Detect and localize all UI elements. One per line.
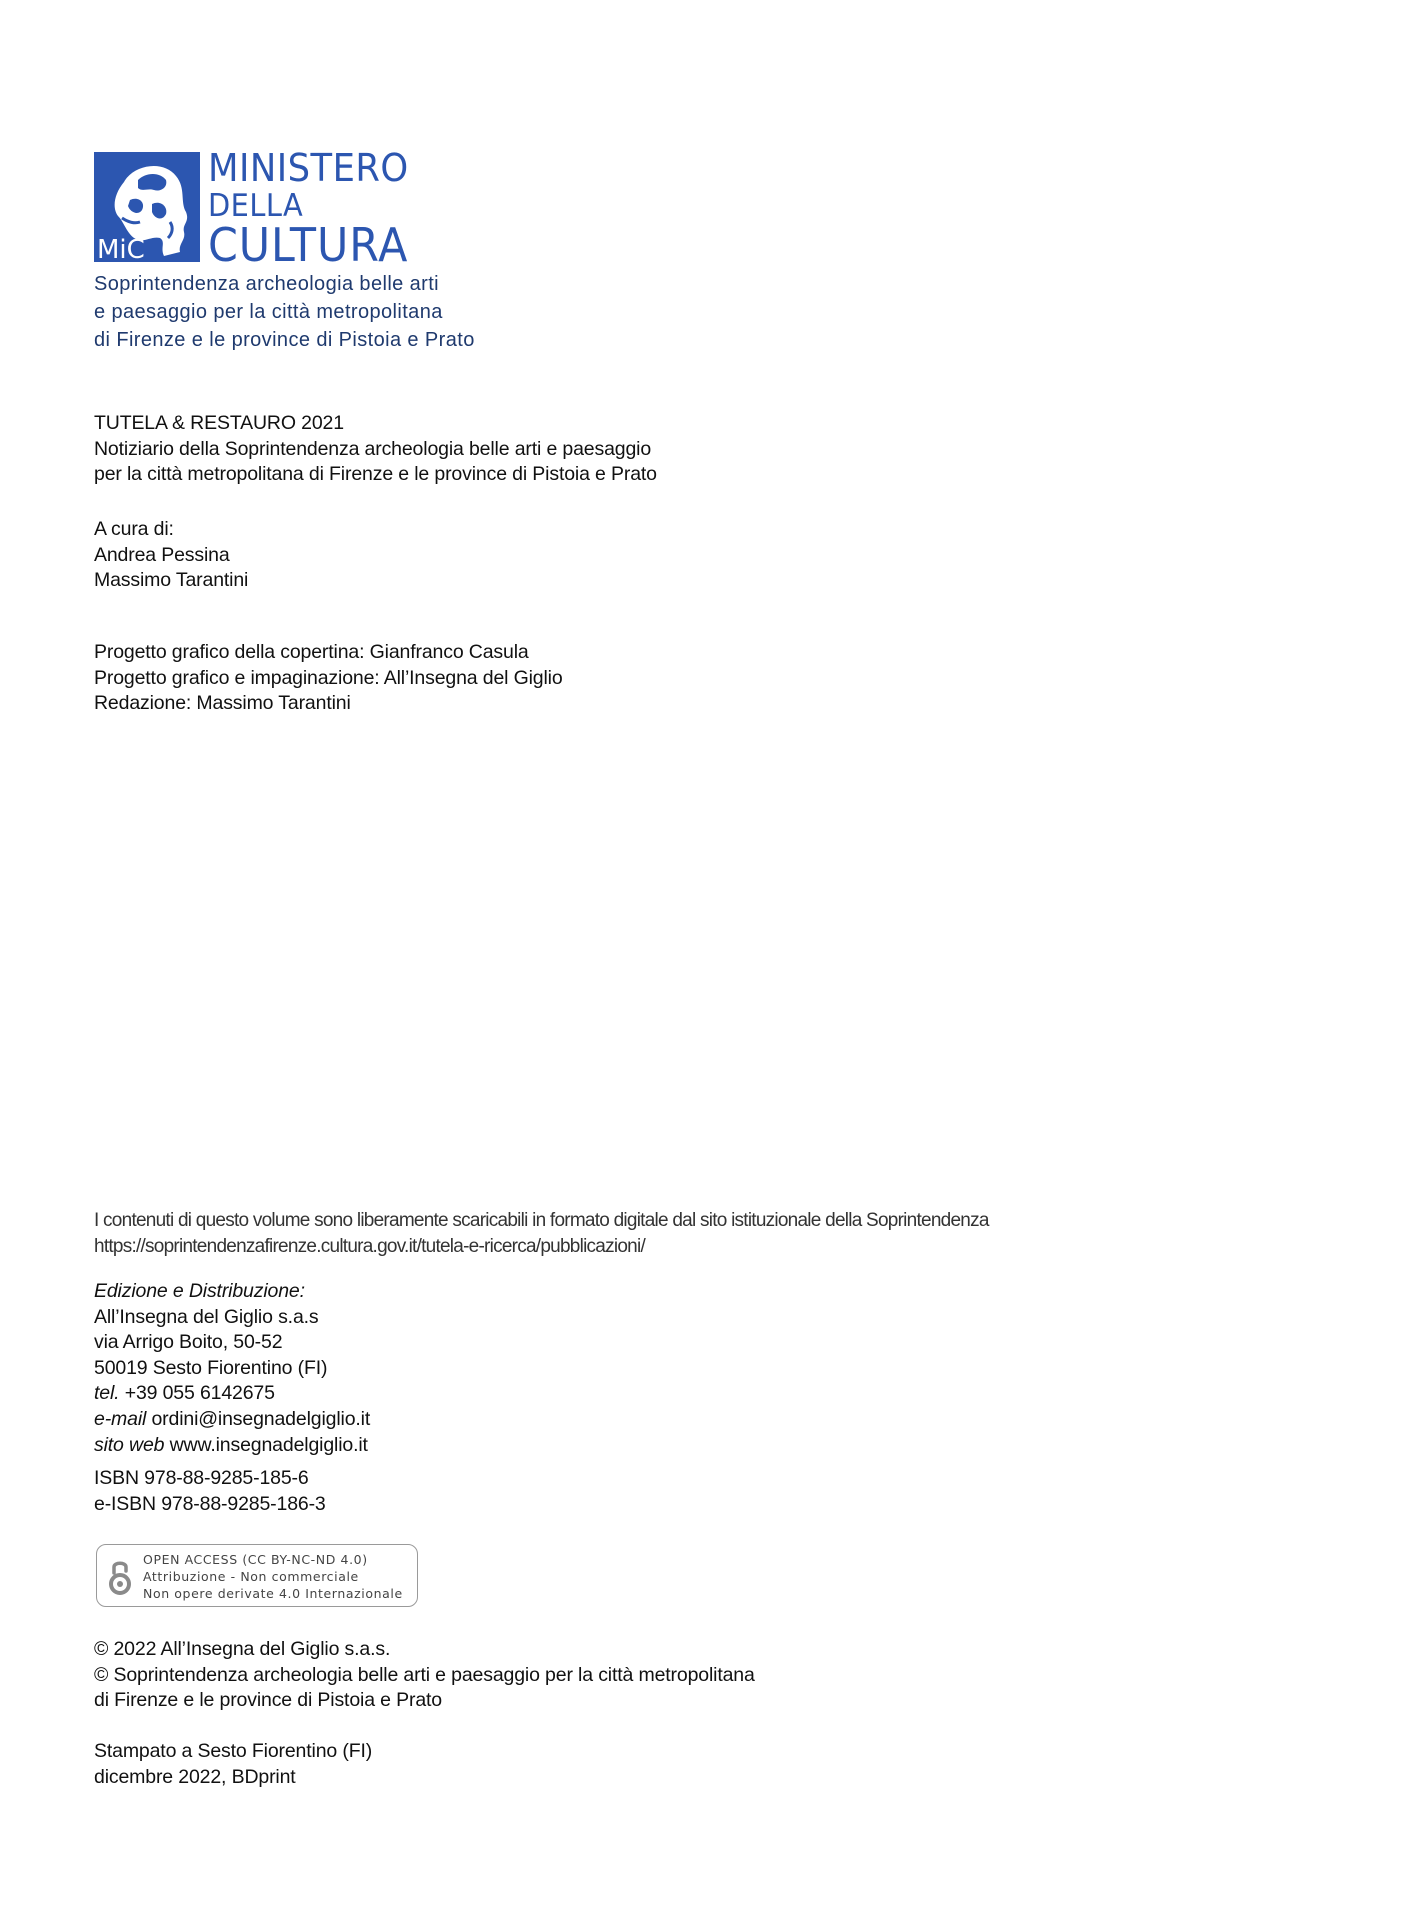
download-notice: I contenuti di questo volume sono libera… bbox=[94, 1208, 989, 1259]
publisher-tel: tel. +39 055 6142675 bbox=[94, 1381, 370, 1407]
publication-subtitle: per la città metropolitana di Firenze e … bbox=[94, 462, 657, 488]
download-text: I contenuti di questo volume sono libera… bbox=[94, 1208, 989, 1234]
publication-title: TUTELA & RESTAURO 2021 bbox=[94, 411, 657, 437]
office-name: Soprintendenza archeologia belle arti e … bbox=[94, 270, 475, 354]
tel-label: tel. bbox=[94, 1382, 119, 1404]
credit-line: Redazione: Massimo Tarantini bbox=[94, 691, 563, 717]
isbn: ISBN 978-88-9285-185-6 bbox=[94, 1466, 326, 1492]
license-line: Attribuzione - Non commerciale bbox=[143, 1568, 403, 1585]
editor-name: Massimo Tarantini bbox=[94, 568, 248, 594]
publisher-block: Edizione e Distribuzione: All’Insegna de… bbox=[94, 1279, 370, 1458]
svg-text:MiC: MiC bbox=[97, 235, 145, 262]
office-line: e paesaggio per la città metropolitana bbox=[94, 298, 475, 326]
license-line: OPEN ACCESS (CC BY-NC-ND 4.0) bbox=[143, 1551, 403, 1568]
copyright-line: © 2022 All’Insegna del Giglio s.a.s. bbox=[94, 1637, 755, 1663]
printing-block: Stampato a Sesto Fiorentino (FI) dicembr… bbox=[94, 1739, 372, 1790]
license-line: Non opere derivate 4.0 Internazionale bbox=[143, 1585, 403, 1602]
web-label: sito web bbox=[94, 1434, 164, 1456]
web-value[interactable]: www.insegnadelgiglio.it bbox=[170, 1434, 368, 1456]
eisbn: e-ISBN 978-88-9285-186-3 bbox=[94, 1492, 326, 1518]
publisher-email: e-mail ordini@insegnadelgiglio.it bbox=[94, 1407, 370, 1433]
logo-word-ministero: MINISTERO bbox=[208, 146, 409, 190]
editors-label: A cura di: bbox=[94, 517, 248, 543]
isbn-block: ISBN 978-88-9285-185-6 e-ISBN 978-88-928… bbox=[94, 1466, 326, 1517]
open-access-icon bbox=[109, 1557, 131, 1597]
credits-block: Progetto grafico della copertina: Gianfr… bbox=[94, 640, 563, 717]
printing-place: Stampato a Sesto Fiorentino (FI) bbox=[94, 1739, 372, 1765]
publisher-city: 50019 Sesto Fiorentino (FI) bbox=[94, 1356, 370, 1382]
open-access-badge: OPEN ACCESS (CC BY-NC-ND 4.0) Attribuzio… bbox=[96, 1544, 418, 1607]
copyright-block: © 2022 All’Insegna del Giglio s.a.s. © S… bbox=[94, 1637, 755, 1714]
publication-subtitle: Notiziario della Soprintendenza archeolo… bbox=[94, 437, 657, 463]
editors-block: A cura di: Andrea Pessina Massimo Tarant… bbox=[94, 517, 248, 594]
office-line: di Firenze e le province di Pistoia e Pr… bbox=[94, 326, 475, 354]
classical-head-logo-icon: MiC bbox=[94, 152, 200, 262]
publication-title-block: TUTELA & RESTAURO 2021 Notiziario della … bbox=[94, 411, 657, 488]
logo-word-cultura: CULTURA bbox=[208, 218, 408, 272]
publisher-web: sito web www.insegnadelgiglio.it bbox=[94, 1433, 370, 1459]
publisher-heading: Edizione e Distribuzione: bbox=[94, 1279, 370, 1305]
download-url[interactable]: https://soprintendenzafirenze.cultura.go… bbox=[94, 1234, 989, 1260]
email-value[interactable]: ordini@insegnadelgiglio.it bbox=[151, 1408, 370, 1430]
tel-value: +39 055 6142675 bbox=[125, 1382, 275, 1404]
office-line: Soprintendenza archeologia belle arti bbox=[94, 270, 475, 298]
publisher-name: All’Insegna del Giglio s.a.s bbox=[94, 1305, 370, 1331]
credit-line: Progetto grafico e impaginazione: All’In… bbox=[94, 666, 563, 692]
editor-name: Andrea Pessina bbox=[94, 543, 248, 569]
publisher-street: via Arrigo Boito, 50-52 bbox=[94, 1330, 370, 1356]
copyright-line: di Firenze e le province di Pistoia e Pr… bbox=[94, 1688, 755, 1714]
printing-date: dicembre 2022, BDprint bbox=[94, 1765, 372, 1791]
ministry-logo: MiC MINISTERO DELLA CULTURA bbox=[94, 150, 494, 265]
copyright-line: © Soprintendenza archeologia belle arti … bbox=[94, 1663, 755, 1689]
credit-line: Progetto grafico della copertina: Gianfr… bbox=[94, 640, 563, 666]
license-text: OPEN ACCESS (CC BY-NC-ND 4.0) Attribuzio… bbox=[143, 1551, 403, 1602]
email-label: e-mail bbox=[94, 1408, 146, 1430]
